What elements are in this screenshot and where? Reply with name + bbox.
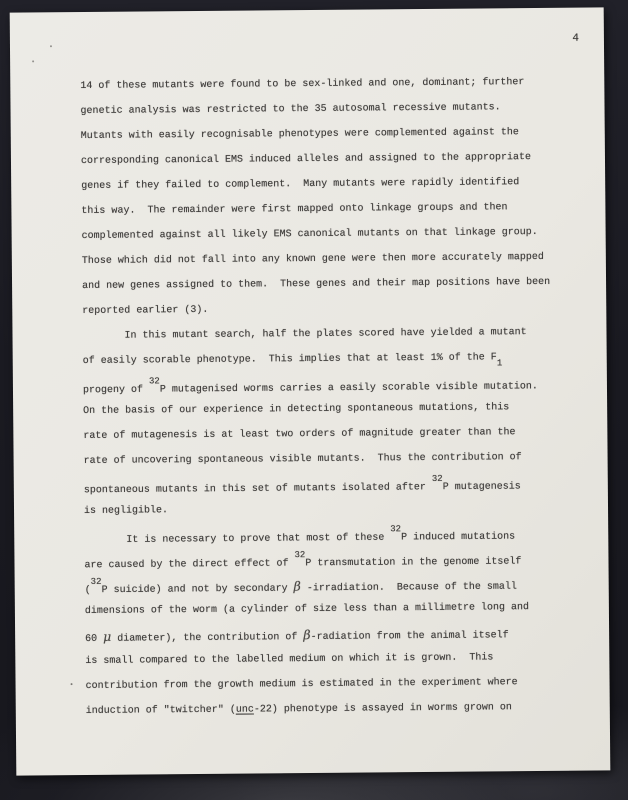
paper-speck	[50, 45, 52, 47]
text-line: spontaneous mutants in this set of mutan…	[84, 470, 584, 499]
text-line: 14 of these mutants were found to be sex…	[80, 70, 580, 99]
body-text: 14 of these mutants were found to be sex…	[80, 70, 586, 724]
text-line: induction of "twitcher" (unc-22) phenoty…	[86, 695, 586, 724]
page-number: 4	[572, 33, 579, 45]
photo-background: 4 14 of these mutants were found to be s…	[0, 0, 628, 800]
document-page: 4 14 of these mutants were found to be s…	[10, 7, 611, 775]
text-line: dimensions of the worm (a cylinder of si…	[85, 595, 585, 624]
text-line: In this mutant search, half the plates s…	[82, 320, 582, 349]
paper-speck	[71, 683, 73, 685]
text-line: and new genes assigned to them. These ge…	[82, 270, 582, 299]
paper-speck	[32, 60, 34, 62]
